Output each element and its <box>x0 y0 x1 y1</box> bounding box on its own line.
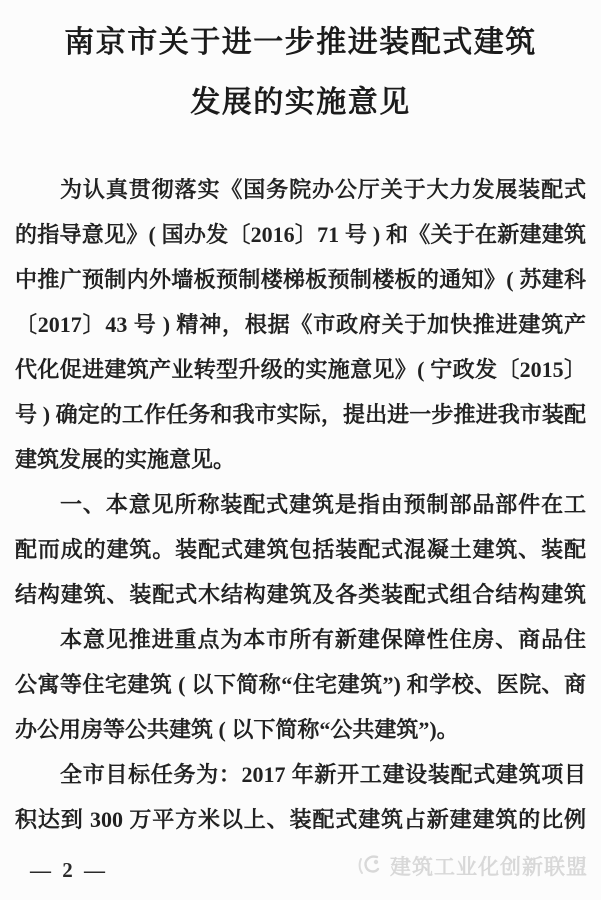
body-line: 中推广预制内外墙板预制楼梯板预制楼板的通知》( 苏建科 <box>15 257 586 302</box>
body-line: 办公用房等公共建筑 ( 以下简称“公共建筑”)。 <box>15 707 586 752</box>
body-line: 为认真贯彻落实《国务院办公厅关于大力发展装配式建筑 <box>15 167 586 212</box>
watermark: 建筑工业化创新联盟 <box>357 851 588 881</box>
document-page: 南京市关于进一步推进装配式建筑 发展的实施意见 为认真贯彻落实《国务院办公厅关于… <box>0 0 601 900</box>
body-line: 结构建筑、装配式木结构建筑及各类装配式组合结构建筑等。 <box>15 572 586 617</box>
title-line-1: 南京市关于进一步推进装配式建筑 <box>0 13 601 73</box>
body-line: 配而成的建筑。装配式建筑包括装配式混凝土建筑、装配式钢 <box>15 527 586 572</box>
body-line: 代化促进建筑产业转型升级的实施意见》( 宁政发〔2015〕246 <box>15 347 586 392</box>
body-line: 〔2017〕43 号 ) 精神，根据《市政府关于加快推进建筑产业现 <box>15 302 586 347</box>
body-line: 积达到 300 万平方米以上、装配式建筑占新建建筑的比例达到 <box>15 797 586 842</box>
body-line: 号 ) 确定的工作任务和我市实际，提出进一步推进我市装配式 <box>15 392 586 437</box>
watermark-logo-icon <box>357 853 385 879</box>
body-line: 的指导意见》( 国办发〔2016〕71 号 ) 和《关于在新建建筑工程 <box>15 212 586 257</box>
title-line-2: 发展的实施意见 <box>0 73 601 133</box>
document-title: 南京市关于进一步推进装配式建筑 发展的实施意见 <box>0 13 601 133</box>
body-line: 建筑发展的实施意见。 <box>15 437 586 482</box>
body-line: 公寓等住宅建筑 ( 以下简称“住宅建筑”) 和学校、医院、商业、 <box>15 662 586 707</box>
body-line: 一、本意见所称装配式建筑是指由预制部品部件在工地装 <box>15 482 586 527</box>
body-line: 全市目标任务为：2017 年新开工建设装配式建筑项目总面 <box>15 752 586 797</box>
body-line: 本意见推进重点为本市所有新建保障性住房、商品住房、 <box>15 617 586 662</box>
page-number: — 2 — <box>30 858 108 883</box>
watermark-text: 建筑工业化创新联盟 <box>390 851 588 881</box>
document-body: 为认真贯彻落实《国务院办公厅关于大力发展装配式建筑的指导意见》( 国办发〔201… <box>15 167 586 842</box>
